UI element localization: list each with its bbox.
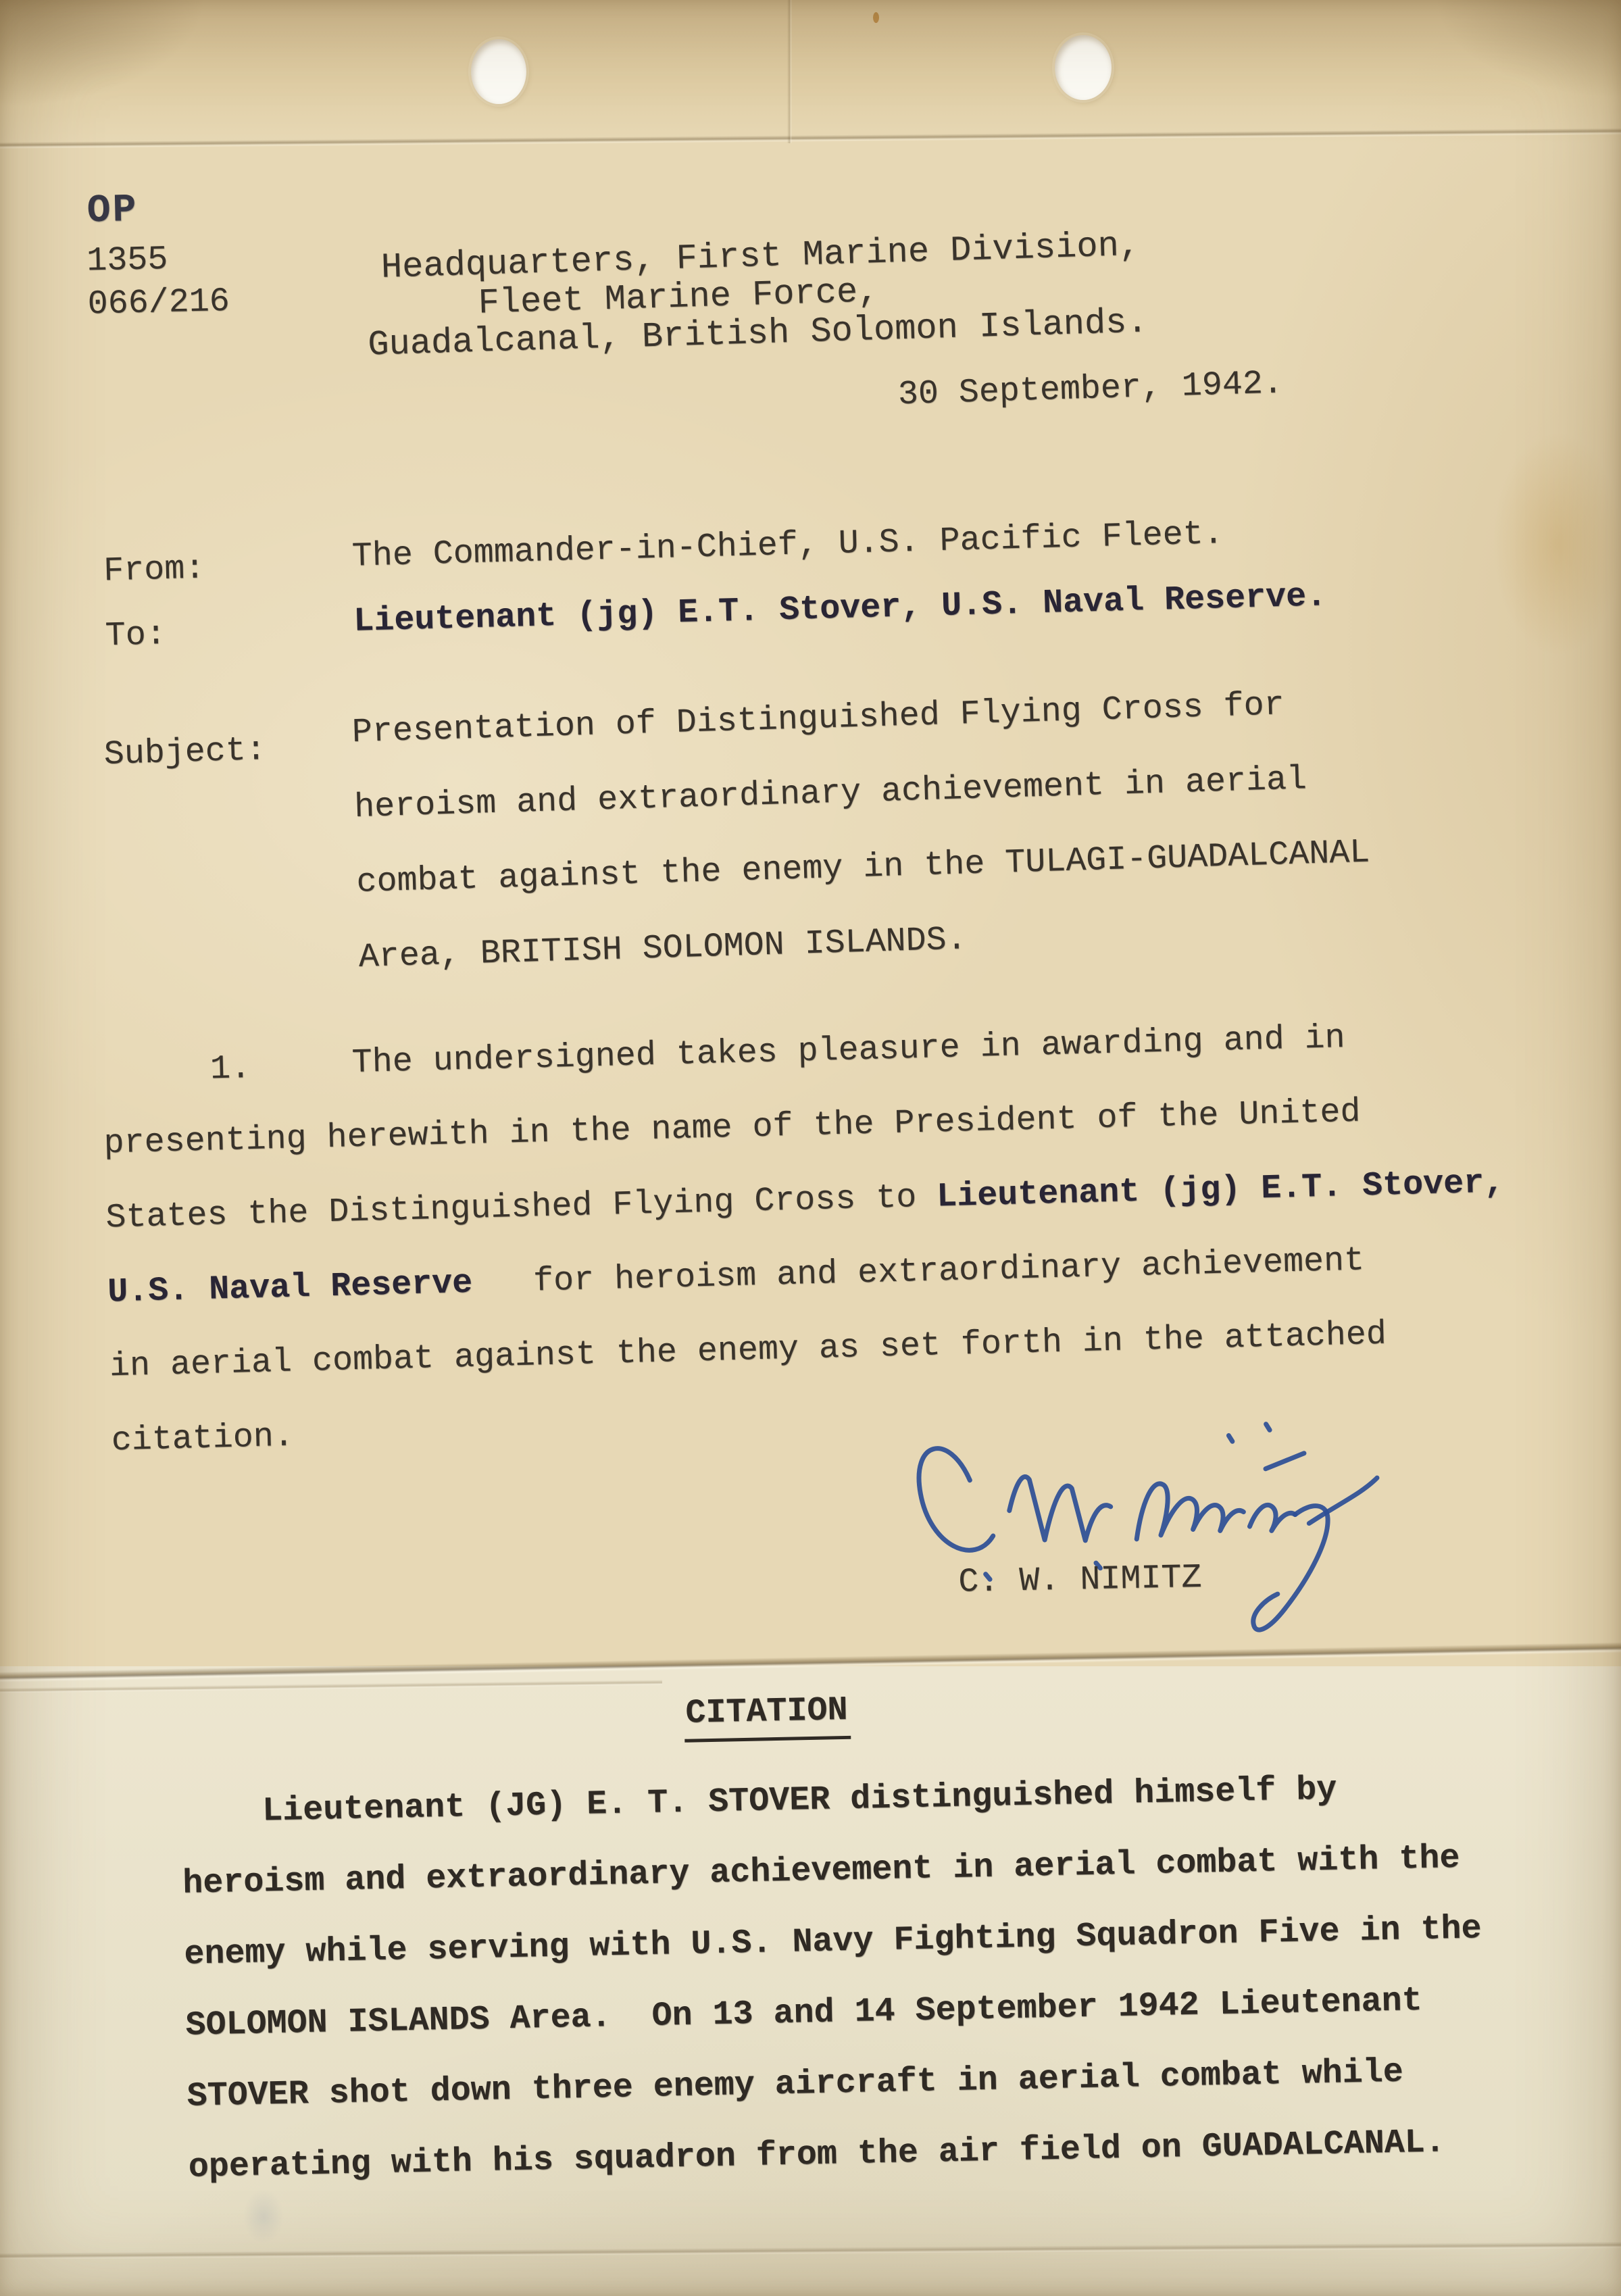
date-line: 30 September, 1942. bbox=[897, 367, 1283, 412]
reference-block: OP 1355 066/216 bbox=[0, 160, 1620, 194]
subject-line-2: heroism and extraordinary achievement in… bbox=[354, 763, 1307, 825]
subject-line-1: Presentation of Distinguished Flying Cro… bbox=[351, 689, 1285, 750]
body-line-5: in aerial combat against the enemy as se… bbox=[109, 1318, 1387, 1384]
body-paragraph: 1. The undersigned takes pleasure in awa… bbox=[0, 1015, 1620, 1056]
subject-line-4: Area, BRITISH SOLOMON ISLANDS. bbox=[358, 923, 967, 975]
subject-line-3: combat against the enemy in the TULAGI-G… bbox=[356, 837, 1370, 900]
to-label: To: bbox=[105, 618, 166, 653]
body-line-1: The undersigned takes pleasure in awardi… bbox=[351, 1022, 1345, 1080]
signature-typed-name: C. W. NIMITZ bbox=[958, 1562, 1202, 1600]
body-line-2: presenting herewith in the name of the P… bbox=[103, 1095, 1361, 1161]
punch-hole-right bbox=[1055, 35, 1112, 100]
body-line-4-text: for heroism and extraordinary achievemen… bbox=[472, 1241, 1365, 1302]
body-line-4: U.S. Naval Reserve for heroism and extra… bbox=[107, 1244, 1365, 1309]
from-label: From: bbox=[103, 552, 205, 589]
paper-stain bbox=[1493, 432, 1621, 655]
body-line-3-name-bold: Lieutenant (jg) E.T. Stover, bbox=[937, 1164, 1505, 1216]
paragraph-number: 1. bbox=[209, 1052, 251, 1087]
subject-block: Subject: Presentation of Distinguished F… bbox=[1, 678, 1621, 726]
letterhead: Headquarters, First Marine Division, Fle… bbox=[1, 214, 1621, 261]
paper-bottom-band bbox=[0, 1666, 1621, 2296]
citation-heading: CITATION bbox=[684, 1694, 851, 1743]
body-line-6: citation. bbox=[111, 1420, 294, 1459]
body-line-4-name-bold: U.S. Naval Reserve bbox=[107, 1264, 473, 1312]
addressing-block: From: The Commander-in-Chief, U.S. Pacif… bbox=[0, 507, 1620, 550]
scanned-letter-page: OP 1355 066/216 Headquarters, First Mari… bbox=[0, 0, 1621, 2296]
signature-autograph-nimitz bbox=[865, 1391, 1405, 1681]
body-line-3: States the Distinguished Flying Cross to… bbox=[105, 1166, 1505, 1235]
from-value: The Commander-in-Chief, U.S. Pacific Fle… bbox=[351, 518, 1224, 574]
to-value: Lieutenant (jg) E.T. Stover, U.S. Naval … bbox=[353, 580, 1327, 639]
file-number: 066/216 bbox=[87, 285, 230, 322]
punch-hole-left bbox=[471, 39, 526, 104]
paper-top-band bbox=[0, 0, 1621, 143]
office-stamp: OP bbox=[86, 191, 139, 232]
body-line-3-text: States the Distinguished Flying Cross to bbox=[105, 1178, 937, 1237]
reference-number: 1355 bbox=[86, 243, 168, 279]
subject-label: Subject: bbox=[103, 734, 266, 772]
